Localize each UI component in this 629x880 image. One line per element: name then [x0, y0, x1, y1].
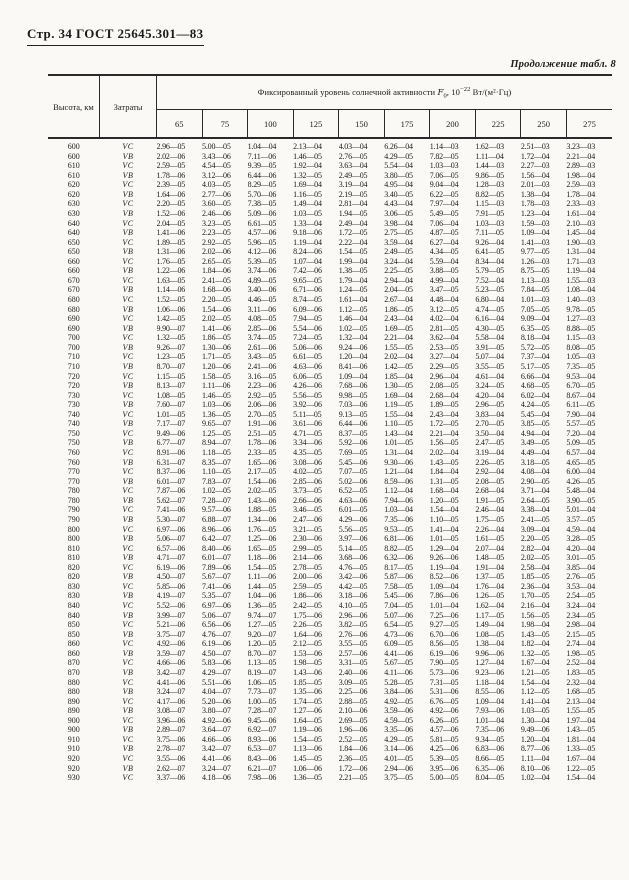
- value-cell: 1.43—05: [566, 725, 612, 735]
- value-cell: 4.29—06: [339, 515, 385, 525]
- table-row: 640VB1.41—062.23—054.57—069.18—061.72—05…: [48, 228, 612, 238]
- value-cell: 2.29—05: [430, 362, 476, 372]
- value-cell: 5.07—04: [475, 352, 521, 362]
- value-cell: 7.11—06: [248, 152, 294, 162]
- cost-cell: VB: [100, 381, 157, 391]
- value-cell: 4.10—05: [339, 601, 385, 611]
- value-cell: 1.64—06: [157, 190, 203, 200]
- value-cell: 1.65—06: [248, 458, 294, 468]
- value-cell: 3.50—04: [475, 429, 521, 439]
- value-cell: 5.35—07: [202, 591, 248, 601]
- power-base: 10: [451, 87, 460, 97]
- value-cell: 8.82—05: [384, 544, 430, 554]
- level-header-75: 75: [202, 110, 248, 139]
- value-cell: 2.02—05: [202, 314, 248, 324]
- value-cell: 1.98—04: [521, 620, 567, 630]
- value-cell: 3.12—06: [202, 171, 248, 181]
- value-cell: 5.54—06: [293, 324, 339, 334]
- value-cell: 1.55—03: [566, 276, 612, 286]
- height-cell: 840: [48, 601, 100, 611]
- table-row: 840VC5.52—066.97—061.36—052.42—054.10—05…: [48, 601, 612, 611]
- value-cell: 2.85—06: [248, 324, 294, 334]
- cost-cell: VC: [100, 448, 157, 458]
- value-cell: 3.85—05: [521, 419, 567, 429]
- value-cell: 2.04—05: [384, 285, 430, 295]
- value-cell: 7.24—05: [293, 333, 339, 343]
- cost-cell: VB: [100, 534, 157, 544]
- value-cell: 8.56—05: [430, 639, 476, 649]
- value-cell: 5.57—05: [566, 419, 612, 429]
- value-cell: 6.80—04: [475, 295, 521, 305]
- height-cell: 790: [48, 515, 100, 525]
- value-cell: 3.80—07: [202, 706, 248, 716]
- value-cell: 1.75—05: [475, 515, 521, 525]
- value-cell: 9.04—04: [430, 180, 476, 190]
- value-cell: 6.44—06: [339, 419, 385, 429]
- cost-cell: VC: [100, 563, 157, 573]
- value-cell: 1.19—06: [293, 725, 339, 735]
- height-cell: 910: [48, 735, 100, 745]
- value-cell: 2.39—05: [157, 180, 203, 190]
- value-cell: 2.77—06: [202, 190, 248, 200]
- value-cell: 4.49—04: [521, 448, 567, 458]
- value-cell: 7.84—05: [521, 285, 567, 295]
- value-cell: 9.20—07: [248, 630, 294, 640]
- value-cell: 7.94—05: [293, 314, 339, 324]
- value-cell: 1.09—04: [430, 582, 476, 592]
- table-row: 620VB1.64—062.77—065.70—061.16—052.19—05…: [48, 190, 612, 200]
- value-cell: 7.86—06: [430, 591, 476, 601]
- value-cell: 1.11—04: [475, 152, 521, 162]
- value-cell: 3.09—05: [339, 678, 385, 688]
- cost-cell: VB: [100, 630, 157, 640]
- value-cell: 3.55—06: [157, 754, 203, 764]
- value-cell: 1.46—05: [293, 152, 339, 162]
- value-cell: 8.88—05: [566, 324, 612, 334]
- value-cell: 1.09—04: [475, 697, 521, 707]
- value-cell: 1.44—03: [475, 161, 521, 171]
- table-row: 720VB8.13—071.11—062.23—064.26—067.68—06…: [48, 381, 612, 391]
- cost-cell: VC: [100, 352, 157, 362]
- table-row: 710VB8.70—071.20—062.41—064.63—068.41—06…: [48, 362, 612, 372]
- value-cell: 6.70—06: [430, 630, 476, 640]
- value-cell: 8.67—04: [566, 391, 612, 401]
- value-cell: 6.53—07: [248, 744, 294, 754]
- value-cell: 9.49—06: [521, 725, 567, 735]
- value-cell: 1.41—04: [521, 697, 567, 707]
- height-cell: 820: [48, 563, 100, 573]
- table-row: 870VC4.66—065.83—061.13—051.98—053.31—05…: [48, 658, 612, 668]
- value-cell: 1.30—04: [521, 716, 567, 726]
- value-cell: 4.71—07: [157, 553, 203, 563]
- value-cell: 2.01—03: [521, 180, 567, 190]
- cost-cell: VB: [100, 706, 157, 716]
- cost-cell: VB: [100, 496, 157, 506]
- value-cell: 7.90—05: [430, 658, 476, 668]
- value-cell: 2.68—04: [475, 486, 521, 496]
- value-cell: 7.17—07: [157, 419, 203, 429]
- value-cell: 4.89—05: [248, 276, 294, 286]
- value-cell: 1.98—04: [566, 171, 612, 181]
- value-cell: 2.07—04: [475, 544, 521, 554]
- value-cell: 5.58—04: [475, 333, 521, 343]
- value-cell: 1.55—05: [384, 343, 430, 353]
- value-cell: 1.63—05: [157, 276, 203, 286]
- value-cell: 9.86—05: [475, 171, 521, 181]
- height-cell: 620: [48, 190, 100, 200]
- value-cell: 2.47—06: [293, 515, 339, 525]
- value-cell: 1.72—04: [521, 152, 567, 162]
- value-cell: 2.26—05: [293, 620, 339, 630]
- table-row: 720VC1.15—051.58—053.16—056.06—051.09—04…: [48, 372, 612, 382]
- height-cell: 780: [48, 486, 100, 496]
- value-cell: 7.42—06: [293, 266, 339, 276]
- table-continuation-label: Продолжение табл. 8: [0, 59, 616, 70]
- cost-cell: VB: [100, 744, 157, 754]
- value-cell: 4.08—05: [248, 314, 294, 324]
- value-cell: 3.80—05: [384, 171, 430, 181]
- value-cell: 1.55—04: [384, 410, 430, 420]
- value-cell: 8.41—06: [339, 362, 385, 372]
- value-cell: 2.02—04: [384, 352, 430, 362]
- table-row: 930VC3.37—064.18—067.98—061.36—052.21—05…: [48, 773, 612, 783]
- value-cell: 4.11—06: [384, 668, 430, 678]
- table-row: 810VC6.57—068.40—061.65—052.99—055.14—05…: [48, 544, 612, 554]
- value-cell: 4.50—07: [157, 572, 203, 582]
- value-cell: 1.12—04: [384, 486, 430, 496]
- height-cell: 680: [48, 295, 100, 305]
- height-cell: 900: [48, 716, 100, 726]
- value-cell: 9.90—07: [157, 324, 203, 334]
- value-cell: 1.13—03: [521, 276, 567, 286]
- value-cell: 2.54—05: [566, 591, 612, 601]
- value-cell: 4.34—05: [430, 247, 476, 257]
- value-cell: 3.31—05: [339, 658, 385, 668]
- value-cell: 3.43—06: [202, 152, 248, 162]
- value-cell: 6.41—05: [475, 247, 521, 257]
- value-cell: 1.38—04: [521, 190, 567, 200]
- value-cell: 9.09—04: [521, 314, 567, 324]
- value-cell: 1.61—04: [566, 209, 612, 219]
- value-cell: 3.60—05: [202, 199, 248, 209]
- value-cell: 3.23—05: [202, 219, 248, 229]
- value-cell: 1.89—05: [157, 238, 203, 248]
- value-cell: 2.75—05: [384, 228, 430, 238]
- value-cell: 2.02—06: [157, 152, 203, 162]
- value-cell: 8.35—07: [202, 458, 248, 468]
- value-cell: 2.26—05: [475, 458, 521, 468]
- value-cell: 3.24—07: [202, 764, 248, 774]
- value-cell: 1.30—05: [384, 381, 430, 391]
- value-cell: 3.74—05: [248, 333, 294, 343]
- table-row: 680VB1.06—061.54—063.11—066.09—061.12—05…: [48, 305, 612, 315]
- value-cell: 4.03—05: [202, 180, 248, 190]
- value-cell: 4.29—05: [384, 735, 430, 745]
- value-cell: 3.38—04: [521, 505, 567, 515]
- value-cell: 2.78—05: [293, 563, 339, 573]
- value-cell: 4.04—07: [202, 687, 248, 697]
- value-cell: 9.57—06: [202, 505, 248, 515]
- value-cell: 2.08—05: [430, 381, 476, 391]
- value-cell: 2.76—05: [339, 152, 385, 162]
- height-cell: 810: [48, 544, 100, 554]
- value-cell: 8.13—07: [157, 381, 203, 391]
- value-cell: 4.57—06: [430, 725, 476, 735]
- value-cell: 2.59—03: [566, 180, 612, 190]
- value-cell: 9.98—05: [339, 391, 385, 401]
- value-cell: 1.41—06: [202, 324, 248, 334]
- value-cell: 2.25—06: [339, 687, 385, 697]
- table-row: 670VC1.63—052.41—054.89—059.65—051.79—04…: [48, 276, 612, 286]
- value-cell: 3.06—05: [384, 209, 430, 219]
- value-cell: 2.92—05: [248, 391, 294, 401]
- height-cell: 890: [48, 706, 100, 716]
- value-cell: 2.92—05: [202, 238, 248, 248]
- value-cell: 1.28—03: [475, 180, 521, 190]
- cost-cell: VC: [100, 486, 157, 496]
- height-cell: 830: [48, 582, 100, 592]
- value-cell: 1.19—04: [430, 563, 476, 573]
- value-cell: 2.17—05: [248, 467, 294, 477]
- value-cell: 4.92—06: [430, 706, 476, 716]
- value-cell: 2.64—05: [521, 496, 567, 506]
- value-cell: 2.33—03: [566, 199, 612, 209]
- table-row: 850VB3.75—074.76—079.20—071.64—062.76—06…: [48, 630, 612, 640]
- value-cell: 1.67—04: [566, 754, 612, 764]
- table-row: 740VB7.17—079.65—071.91—063.61—066.44—06…: [48, 419, 612, 429]
- value-cell: 9.26—07: [157, 343, 203, 353]
- value-cell: 2.14—06: [293, 553, 339, 563]
- value-cell: 3.53—04: [566, 582, 612, 592]
- value-cell: 3.85—04: [566, 563, 612, 573]
- value-cell: 7.73—07: [248, 687, 294, 697]
- value-cell: 1.85—04: [384, 372, 430, 382]
- value-cell: 1.69—04: [293, 180, 339, 190]
- value-cell: 1.14—03: [430, 138, 476, 152]
- value-cell: 1.25—06: [248, 534, 294, 544]
- value-cell: 7.41—06: [157, 505, 203, 515]
- value-cell: 2.98—04: [566, 620, 612, 630]
- value-cell: 4.26—05: [566, 477, 612, 487]
- value-cell: 1.19—04: [566, 266, 612, 276]
- value-cell: 1.08—04: [566, 285, 612, 295]
- value-cell: 1.26—03: [521, 257, 567, 267]
- value-cell: 1.52—06: [157, 209, 203, 219]
- cost-cell: VC: [100, 429, 157, 439]
- value-cell: 1.26—05: [475, 591, 521, 601]
- value-cell: 6.01—05: [339, 505, 385, 515]
- value-cell: 1.29—04: [430, 544, 476, 554]
- value-cell: 2.94—04: [384, 276, 430, 286]
- value-cell: 1.40—03: [566, 295, 612, 305]
- value-cell: 2.20—05: [202, 295, 248, 305]
- value-cell: 2.20—05: [157, 199, 203, 209]
- value-cell: 2.21—04: [384, 333, 430, 343]
- height-cell: 690: [48, 314, 100, 324]
- cost-cell: VB: [100, 611, 157, 621]
- cost-cell: VB: [100, 247, 157, 257]
- value-cell: 1.10—05: [202, 467, 248, 477]
- value-cell: 3.24—05: [475, 381, 521, 391]
- value-cell: 1.38—04: [475, 639, 521, 649]
- cost-cell: VC: [100, 276, 157, 286]
- value-cell: 3.16—05: [248, 372, 294, 382]
- cost-cell: VB: [100, 725, 157, 735]
- value-cell: 3.61—06: [293, 419, 339, 429]
- value-cell: 5.30—07: [157, 515, 203, 525]
- table-row: 750VB6.77—078.94—071.78—063.34—065.92—06…: [48, 438, 612, 448]
- value-cell: 5.51—06: [202, 678, 248, 688]
- value-cell: 1.00—05: [248, 697, 294, 707]
- table-body: 600VC2.96—055.00—051.04—042.13—044.03—04…: [48, 138, 612, 783]
- value-cell: 5.62—07: [157, 496, 203, 506]
- value-cell: 6.76—05: [430, 697, 476, 707]
- cost-cell: VB: [100, 438, 157, 448]
- height-cell: 800: [48, 534, 100, 544]
- value-cell: 1.62—04: [475, 601, 521, 611]
- value-cell: 2.46—04: [475, 505, 521, 515]
- value-cell: 1.01—05: [430, 534, 476, 544]
- value-cell: 3.84—06: [384, 687, 430, 697]
- value-cell: 6.27—04: [430, 238, 476, 248]
- level-header-200: 200: [430, 110, 476, 139]
- value-cell: 8.75—05: [521, 266, 567, 276]
- power-exponent: −22: [460, 86, 470, 93]
- cost-cell: VB: [100, 400, 157, 410]
- value-cell: 1.31—04: [566, 247, 612, 257]
- value-cell: 1.86—05: [202, 333, 248, 343]
- height-cell: 750: [48, 429, 100, 439]
- value-cell: 8.18—04: [521, 333, 567, 343]
- cost-cell: VB: [100, 285, 157, 295]
- value-cell: 2.19—05: [339, 190, 385, 200]
- value-cell: 2.40—06: [339, 668, 385, 678]
- value-cell: 2.02—06: [202, 247, 248, 257]
- value-cell: 4.29—05: [384, 152, 430, 162]
- table-row: 890VB3.08—073.80—077.28—071.27—062.10—06…: [48, 706, 612, 716]
- value-cell: 3.37—06: [157, 773, 203, 783]
- cost-cell: VC: [100, 544, 157, 554]
- value-cell: 2.13—04: [293, 138, 339, 152]
- value-cell: 1.43—05: [430, 458, 476, 468]
- value-cell: 6.70—05: [566, 381, 612, 391]
- value-cell: 7.25—06: [430, 611, 476, 621]
- cost-cell: VB: [100, 687, 157, 697]
- value-cell: 5.92—06: [339, 438, 385, 448]
- cost-cell: VB: [100, 458, 157, 468]
- value-cell: 8.10—06: [521, 764, 567, 774]
- value-cell: 5.07—06: [384, 611, 430, 621]
- cost-cell: VB: [100, 190, 157, 200]
- value-cell: 9.74—07: [248, 611, 294, 621]
- value-cell: 2.68—04: [430, 391, 476, 401]
- cost-cell: VC: [100, 333, 157, 343]
- value-cell: 4.65—05: [566, 458, 612, 468]
- cost-cell: VC: [100, 620, 157, 630]
- cost-cell: VC: [100, 391, 157, 401]
- value-cell: 3.23—03: [566, 138, 612, 152]
- value-cell: 8.70—07: [248, 649, 294, 659]
- value-cell: 2.96—05: [157, 138, 203, 152]
- value-cell: 4.43—04: [384, 199, 430, 209]
- solar-activity-header: Фиксированный уровень солнечной активнос…: [157, 75, 613, 110]
- value-cell: 9.34—05: [475, 735, 521, 745]
- cost-cell: VC: [100, 716, 157, 726]
- cost-cell: VC: [100, 467, 157, 477]
- value-cell: 1.32—05: [157, 333, 203, 343]
- value-cell: 2.66—06: [293, 496, 339, 506]
- value-cell: 9.45—06: [248, 716, 294, 726]
- value-cell: 7.03—06: [339, 400, 385, 410]
- value-cell: 2.76—06: [339, 630, 385, 640]
- value-cell: 1.72—06: [339, 764, 385, 774]
- table-row: 840VB3.99—075.06—079.74—071.75—062.96—06…: [48, 611, 612, 621]
- value-cell: 1.36—05: [293, 773, 339, 783]
- height-cell: 750: [48, 438, 100, 448]
- height-cell: 630: [48, 209, 100, 219]
- height-cell: 600: [48, 152, 100, 162]
- value-cell: 5.23—05: [475, 285, 521, 295]
- cost-cell: VB: [100, 343, 157, 353]
- cost-cell: VC: [100, 678, 157, 688]
- value-cell: 3.35—06: [384, 725, 430, 735]
- value-cell: 5.45—04: [521, 410, 567, 420]
- value-cell: 3.88—05: [430, 266, 476, 276]
- cost-cell: VB: [100, 764, 157, 774]
- value-cell: 7.89—06: [202, 563, 248, 573]
- value-cell: 3.57—05: [566, 515, 612, 525]
- height-cell: 930: [48, 773, 100, 783]
- value-cell: 3.83—04: [475, 410, 521, 420]
- value-cell: 5.45—06: [384, 591, 430, 601]
- value-cell: 1.72—05: [430, 419, 476, 429]
- value-cell: 6.35—05: [521, 324, 567, 334]
- height-cell: 680: [48, 305, 100, 315]
- height-cell: 760: [48, 448, 100, 458]
- value-cell: 4.24—05: [521, 400, 567, 410]
- value-cell: 1.78—04: [566, 190, 612, 200]
- value-cell: 8.59—06: [384, 477, 430, 487]
- value-cell: 1.43—05: [521, 630, 567, 640]
- value-cell: 7.82—05: [430, 152, 476, 162]
- value-cell: 6.88—07: [202, 515, 248, 525]
- value-cell: 5.48—04: [566, 486, 612, 496]
- cost-cell: VC: [100, 773, 157, 783]
- value-cell: 1.74—05: [293, 697, 339, 707]
- value-cell: 1.43—06: [248, 496, 294, 506]
- value-cell: 2.57—06: [339, 649, 385, 659]
- value-cell: 3.82—05: [339, 620, 385, 630]
- value-cell: 6.31—07: [157, 458, 203, 468]
- value-cell: 1.20—04: [339, 352, 385, 362]
- value-cell: 1.54—04: [430, 505, 476, 515]
- value-cell: 3.73—05: [293, 486, 339, 496]
- value-cell: 4.92—06: [202, 716, 248, 726]
- value-cell: 4.48—04: [430, 295, 476, 305]
- value-cell: 6.52—05: [339, 486, 385, 496]
- value-cell: 1.36—05: [248, 601, 294, 611]
- value-cell: 9.77—05: [521, 247, 567, 257]
- table-row: 870VB3.42—074.29—078.19—071.43—062.40—06…: [48, 668, 612, 678]
- value-cell: 1.31—04: [384, 448, 430, 458]
- value-cell: 1.09—04: [521, 228, 567, 238]
- cost-cell: VC: [100, 697, 157, 707]
- table-row: 900VC3.96—064.92—069.45—061.64—052.69—05…: [48, 716, 612, 726]
- value-cell: 1.18—06: [248, 553, 294, 563]
- table-row: 830VB4.19—075.35—071.04—061.86—063.18—06…: [48, 591, 612, 601]
- value-cell: 4.76—07: [202, 630, 248, 640]
- value-cell: 2.49—04: [339, 219, 385, 229]
